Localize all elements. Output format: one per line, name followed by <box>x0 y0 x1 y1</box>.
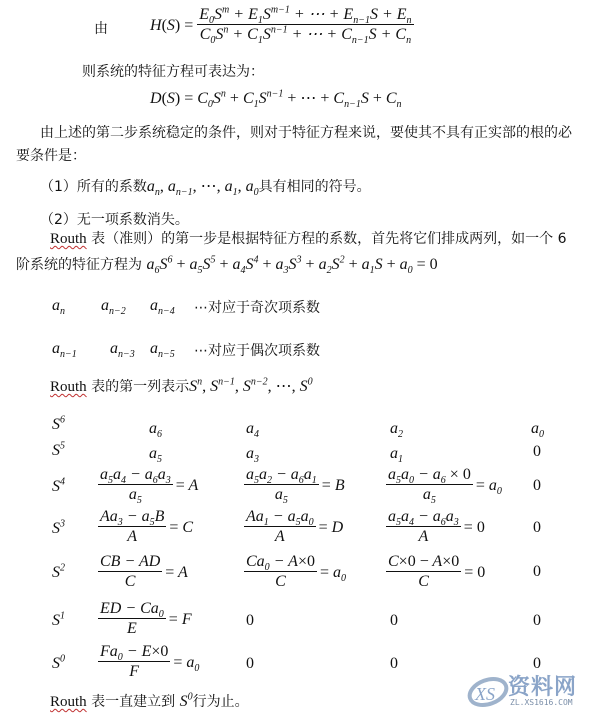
cell: a3 <box>246 445 259 463</box>
even-coef-an5: an−5 <box>150 340 175 358</box>
cell: Aa3 − a5BA= C <box>98 508 193 547</box>
row-power-s0: S0 <box>52 655 65 673</box>
cell: 0 <box>246 612 254 630</box>
routh-intro-line1-text: 表（准则）的第一步是根据特征方程的系数，首先将它们排成两列，如一个 6 <box>91 231 566 247</box>
characteristic-equation: D(S) = C0Sn + C1Sn−1 + ⋯ + Cn−1S + Cn <box>150 88 402 108</box>
condition-item-1-prefix: （1）所有的系数 <box>40 179 147 195</box>
cell: 0 <box>246 655 254 673</box>
closing-text-a: 表一直建立到 <box>91 694 175 710</box>
cell: a4 <box>246 420 259 438</box>
routh-word: Routh <box>50 694 87 710</box>
first-column-text: 表的第一列表示 <box>91 379 189 395</box>
routh-intro-line2: 阶系统的特征方程为 a6S6 + a5S5 + a4S4 + a3S3 + a2… <box>16 254 438 274</box>
row-power-s4: S4 <box>52 478 65 496</box>
odd-coef-an4: an−4 <box>150 297 175 315</box>
cell: ED − Ca0E= F <box>98 600 192 639</box>
you-char: 由 <box>94 18 108 38</box>
routh-intro-line2-prefix: 阶系统的特征方程为 <box>16 257 142 273</box>
svg-text:XS: XS <box>474 684 495 704</box>
odd-coef-label: ⋯对应于奇次项系数 <box>194 297 320 317</box>
cell: 0 <box>390 612 398 630</box>
routh-word: Routh <box>50 379 87 395</box>
condition-item-2: （2）无一项系数消失。 <box>40 209 189 229</box>
coefficient-list: an, an−1, ⋯, a1, a0 <box>147 178 259 195</box>
row-power-s2: S2 <box>52 564 65 582</box>
cell: 0 <box>533 563 541 581</box>
cell: a6 <box>149 420 162 438</box>
odd-coef-an: an <box>52 297 65 315</box>
routh-intro-line1: Routh 表（准则）的第一步是根据特征方程的系数，首先将它们排成两列，如一个 … <box>50 228 567 248</box>
closing-text-b: 行为止。 <box>193 694 249 710</box>
row-power-s1: S1 <box>52 612 65 630</box>
cell: a1 <box>390 445 403 463</box>
xs-logo-icon: XS <box>466 670 510 710</box>
watermark-url: ZL.XS1616.COM <box>510 698 573 707</box>
cell: C×0 − A×0C= 0 <box>386 553 485 592</box>
first-column-statement: Routh 表的第一列表示Sn, Sn−1, Sn−2, ⋯, S0 <box>50 376 313 396</box>
cell: a5a4 − a6a3A= 0 <box>386 508 485 547</box>
row-power-s3: S3 <box>52 520 65 538</box>
closing-statement: Routh 表一直建立到 S0行为止。 <box>50 691 249 711</box>
cell: a5a2 − a6a1a5= B <box>244 466 345 505</box>
row-power-s6: S6 <box>52 416 65 434</box>
cell: 0 <box>533 443 541 461</box>
s-zero: S0 <box>180 693 193 710</box>
transfer-function-equation: H(S) = E0Sm + E1Sm−1 + ⋯ + En−1S + En C0… <box>150 6 414 45</box>
cell: a5a4 − a6a3a5= A <box>98 466 198 505</box>
row-power-s5: S5 <box>52 442 65 460</box>
cell: CB − ADC= A <box>98 553 188 592</box>
cell: Ca0 − A×0C= a0 <box>244 553 346 592</box>
condition-paragraph-line2: 要条件是： <box>16 145 86 165</box>
watermark-name: 资料网 <box>508 670 577 701</box>
power-series: Sn, Sn−1, Sn−2, ⋯, S0 <box>189 378 313 395</box>
cell: 0 <box>533 519 541 537</box>
even-coef-label: ⋯对应于偶次项系数 <box>194 340 320 360</box>
cell: a2 <box>390 420 403 438</box>
cell: 0 <box>390 655 398 673</box>
cell: a0 <box>531 420 544 438</box>
condition-paragraph-line1: 由上述的第二步系统稳定的条件，则对于特征方程来说，要使其不具有正实部的根的必 <box>40 122 572 142</box>
watermark: XS 资料网 ZL.XS1616.COM <box>466 670 596 712</box>
cell: a5 <box>149 445 162 463</box>
char-eq-intro: 则系统的特征方程可表达为： <box>82 61 264 81</box>
cell: Aa1 − a5a0A= D <box>244 508 343 547</box>
sixth-order-equation: a6S6 + a5S5 + a4S4 + a3S3 + a2S2 + a1S +… <box>146 256 437 273</box>
odd-coef-an2: an−2 <box>101 297 126 315</box>
condition-item-1: （1）所有的系数an, an−1, ⋯, a1, a0具有相同的符号。 <box>40 176 371 196</box>
cell: 0 <box>533 612 541 630</box>
cell: 0 <box>533 477 541 495</box>
routh-word: Routh <box>50 231 87 247</box>
even-coef-an3: an−3 <box>110 340 135 358</box>
cell: Fa0 − E×0F= a0 <box>98 643 199 682</box>
even-coef-an1: an−1 <box>52 340 77 358</box>
cell: a5a0 − a6 × 0a5= a0 <box>386 466 502 505</box>
condition-item-1-suffix: 具有相同的符号。 <box>259 179 371 195</box>
